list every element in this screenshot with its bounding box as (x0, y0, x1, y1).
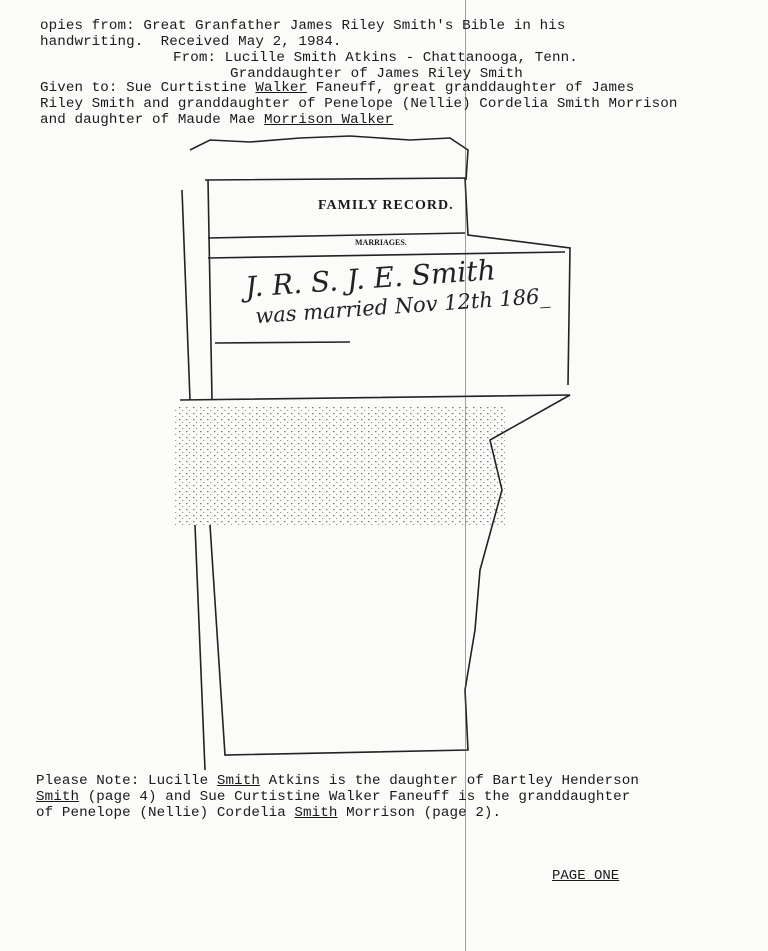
note-text: Morrison (page 2). (338, 805, 502, 821)
note-text: Please Note: Lucille (36, 773, 217, 789)
marriages-subheading: MARRIAGES. (355, 238, 407, 247)
note-text: Atkins is the daughter of Bartley Hender… (260, 773, 639, 789)
header-line-3: From: Lucille Smith Atkins - Chattanooga… (173, 50, 578, 66)
given-to-walker: Walker (255, 80, 307, 96)
page-label: PAGE ONE (552, 868, 619, 884)
bible-page-scan: FAMILY RECORD. MARRIAGES. J. R. S. J. E.… (150, 130, 590, 770)
scan-fold-line (465, 0, 466, 951)
note-line-1: Please Note: Lucille Smith Atkins is the… (36, 773, 639, 789)
given-to-mid: Faneuff, great granddaughter of James (307, 80, 634, 96)
note-line-3: of Penelope (Nellie) Cordelia Smith Morr… (36, 805, 501, 821)
given-to-line3-prefix: and daughter of Maude Mae (40, 112, 264, 128)
given-to-line-1: Given to: Sue Curtistine Walker Faneuff,… (40, 80, 634, 96)
given-to-prefix: Given to: Sue Curtistine (40, 80, 255, 96)
note-smith: Smith (36, 789, 79, 805)
given-to-morrison-walker: Morrison Walker (264, 112, 393, 128)
note-text: of Penelope (Nellie) Cordelia (36, 805, 294, 821)
header-line-1: opies from: Great Granfather James Riley… (40, 18, 565, 34)
note-line-2: Smith (page 4) and Sue Curtistine Walker… (36, 789, 630, 805)
family-record-heading: FAMILY RECORD. (318, 198, 454, 214)
note-text: (page 4) and Sue Curtistine Walker Faneu… (79, 789, 630, 805)
given-to-line-2: Riley Smith and granddaughter of Penelop… (40, 96, 677, 112)
bible-page-outline (150, 130, 590, 770)
note-smith: Smith (294, 805, 337, 821)
given-to-line-3: and daughter of Maude Mae Morrison Walke… (40, 112, 393, 128)
header-line-2: handwriting. Received May 2, 1984. (40, 34, 342, 50)
note-smith: Smith (217, 773, 260, 789)
